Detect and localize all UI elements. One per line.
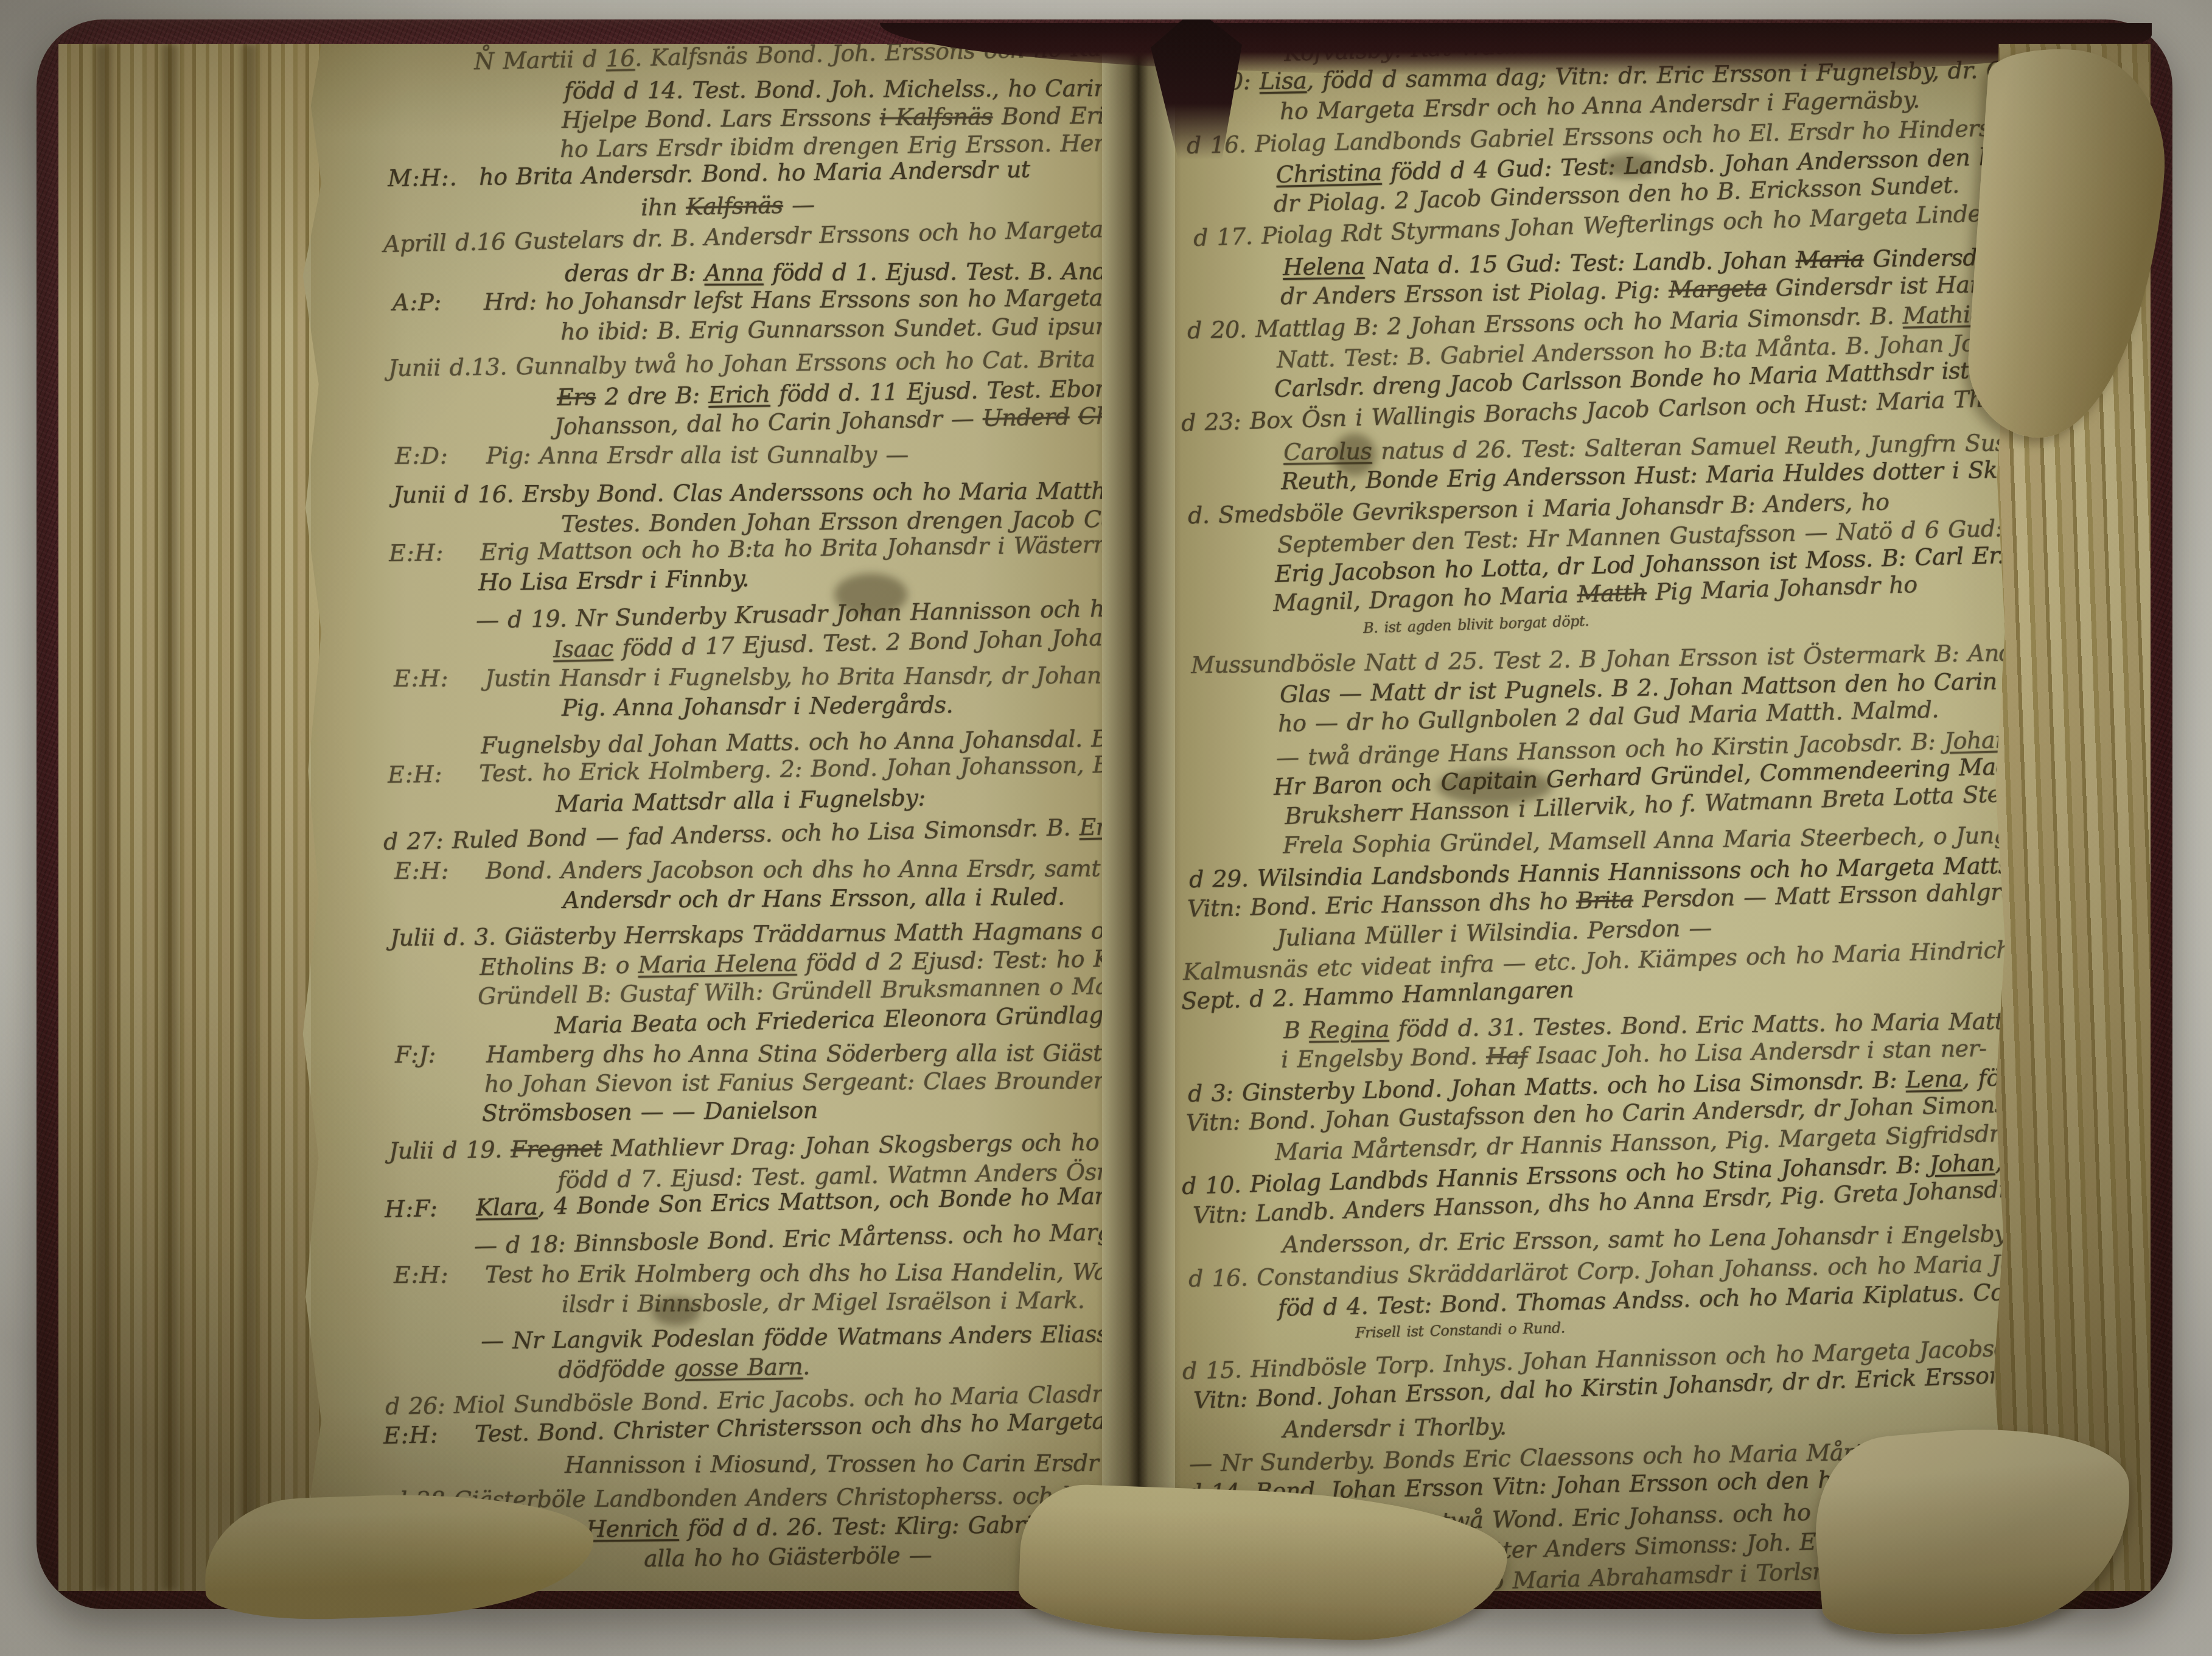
margin-label: E:H: bbox=[394, 1263, 485, 1287]
manuscript-line: Testes. Bonden Johan Ersson drengen Jaco… bbox=[561, 505, 1102, 536]
manuscript-line: E:D:Pig: Anna Ersdr alla ist Gunnalby — bbox=[395, 443, 909, 467]
right-page-lines: Kofvalsby: Rdt Watman Anders Mathss: och… bbox=[1187, 44, 2144, 1591]
manuscript-line: ilsdr i Binnsbosle, dr Migel Israëlson i… bbox=[562, 1288, 1085, 1316]
manuscript-line: Pig. Anna Johansdr i Nedergårds. bbox=[562, 693, 953, 719]
manuscript-line: E:H:Test ho Erik Holmberg och dhs ho Lis… bbox=[394, 1258, 1102, 1287]
manuscript-line: E:H:Justin Hansdr i Fugnelsby, ho Brita … bbox=[394, 663, 1102, 690]
page-edge-streak bbox=[162, 44, 178, 1591]
pages-block: N̊ Martii d 16. Kalfsnäs Bond. Joh. Erss… bbox=[58, 44, 2151, 1591]
manuscript-line: Aprill d.16 Gustelars dr. B. Andersdr Er… bbox=[383, 217, 1102, 256]
manuscript-line: E:H:Erig Mattson och ho B:ta ho Brita Jo… bbox=[389, 531, 1102, 565]
manuscript-line: född d 14. Test. Bond. Joh. Michelss., h… bbox=[564, 76, 1102, 102]
manuscript-line: B Henrich föd d d. 26. Test: Klirg: Gabr… bbox=[560, 1509, 1102, 1541]
manuscript-line: ho Johan Sievon ist Fanius Sergeant: Cla… bbox=[484, 1068, 1102, 1095]
manuscript-line: ihn Kalfsnäs — bbox=[641, 193, 815, 219]
margin-label: A:P: bbox=[392, 290, 483, 314]
margin-label: F:J: bbox=[395, 1043, 486, 1066]
manuscript-line: ho ibid: B. Erig Gunnarsson Sundet. Gud … bbox=[560, 315, 1102, 343]
manuscript-line: Junii d.13. Gunnalby twå ho Johan Ersson… bbox=[388, 348, 1095, 380]
left-ragged-page-edges bbox=[58, 44, 321, 1591]
right-page: Kofvalsby: Rdt Watman Anders Mathss: och… bbox=[1175, 44, 2151, 1591]
manuscript-line: Fugnelsby dal Johan Matts. och ho Anna J… bbox=[481, 721, 1102, 757]
manuscript-line: Hjelpe Bond. Lars Erssons i Kalfsnäs Bon… bbox=[562, 103, 1102, 131]
book-leather-cover: N̊ Martii d 16. Kalfsnäs Bond. Joh. Erss… bbox=[37, 19, 2172, 1609]
manuscript-line: Ho Lisa Ersdr i Finnby. bbox=[478, 567, 748, 594]
manuscript-line: Andersdr i Thorlby. bbox=[1282, 1415, 1506, 1441]
margin-label: E:D: bbox=[395, 444, 486, 467]
book-gutter bbox=[1096, 44, 1181, 1591]
manuscript-line: Etholins B: o Maria Helena född d 2 Ejus… bbox=[480, 945, 1102, 979]
manuscript-line: E:H:Bond. Anders Jacobson och dhs ho Ann… bbox=[394, 855, 1102, 882]
manuscript-line: Andersson, dr. Eric Ersson, samt ho Lena… bbox=[1282, 1222, 2011, 1256]
manuscript-line: d 27: Ruled Bond — fad Anderss. och ho L… bbox=[383, 809, 1102, 853]
margin-label: E:H: bbox=[394, 666, 485, 690]
manuscript-line: Maria Mattsdr alla i Fugnelsby: bbox=[556, 786, 926, 816]
manuscript-line: A:P:Hrd: ho Johansdr lefst Hans Erssons … bbox=[392, 286, 1102, 314]
manuscript-line: dödfödde gosse Barn. bbox=[557, 1355, 809, 1382]
page-edge-streak bbox=[95, 44, 111, 1591]
left-page-lines: N̊ Martii d 16. Kalfsnäs Bond. Joh. Erss… bbox=[389, 44, 1096, 1591]
manuscript-line: F:J:Hamberg dhs ho Anna Stina Söderberg … bbox=[395, 1041, 1102, 1066]
manuscript-line: Junii d 16. Ersby Bond. Clas Anderssons … bbox=[393, 478, 1102, 506]
manuscript-line: B. ist agden blivit borgat döpt. bbox=[1362, 613, 1589, 635]
manuscript-line: Julii d. 3. Giästerby Herrskaps Träddarn… bbox=[390, 918, 1102, 949]
margin-label: E:H: bbox=[389, 540, 480, 565]
manuscript-line: Mussundbösle Natt d 25. Test 2. B Johan … bbox=[1190, 639, 2146, 677]
manuscript-line: Andersdr och dr Hans Ersson, alla i Rule… bbox=[562, 885, 1064, 912]
margin-label: H:F: bbox=[385, 1196, 476, 1221]
manuscript-line: Frisell ist Constandi o Rund. bbox=[1355, 1320, 1565, 1340]
margin-label: E:H: bbox=[388, 762, 480, 786]
left-page: N̊ Martii d 16. Kalfsnäs Bond. Joh. Erss… bbox=[311, 44, 1102, 1591]
manuscript-line: M:H:.ho Brita Andersdr. Bond. ho Maria A… bbox=[388, 158, 1030, 190]
page-edge-streak bbox=[241, 44, 257, 1591]
margin-label: M:H:. bbox=[388, 166, 480, 190]
manuscript-line: Juliana Müller i Wilsindia. Persdon — bbox=[1276, 916, 1712, 949]
manuscript-line: — Nr Langvik Podeslan födde Watmans Ande… bbox=[481, 1318, 1102, 1352]
manuscript-line: Julii d 19. Fregnet Mathlievr Drag: Joha… bbox=[389, 1128, 1102, 1162]
manuscript-line: deras dr B: Anna född d 1. Ejusd. Test. … bbox=[565, 259, 1102, 285]
manuscript-line: d 28 Giästerböle Landbonden Anders Chris… bbox=[392, 1483, 1102, 1512]
manuscript-line: Hannisson i Miosund, Trossen ho Carin Er… bbox=[565, 1451, 1102, 1476]
manuscript-line: alla ho ho Giästerböle — bbox=[644, 1543, 932, 1570]
manuscript-line: N̊ Martii d 16. Kalfsnäs Bond. Joh. Erss… bbox=[474, 44, 1102, 73]
margin-label: E:H: bbox=[394, 859, 486, 882]
margin-label: E:H: bbox=[383, 1422, 475, 1447]
manuscript-line: Strömsbosen — — Danielson bbox=[482, 1099, 818, 1125]
